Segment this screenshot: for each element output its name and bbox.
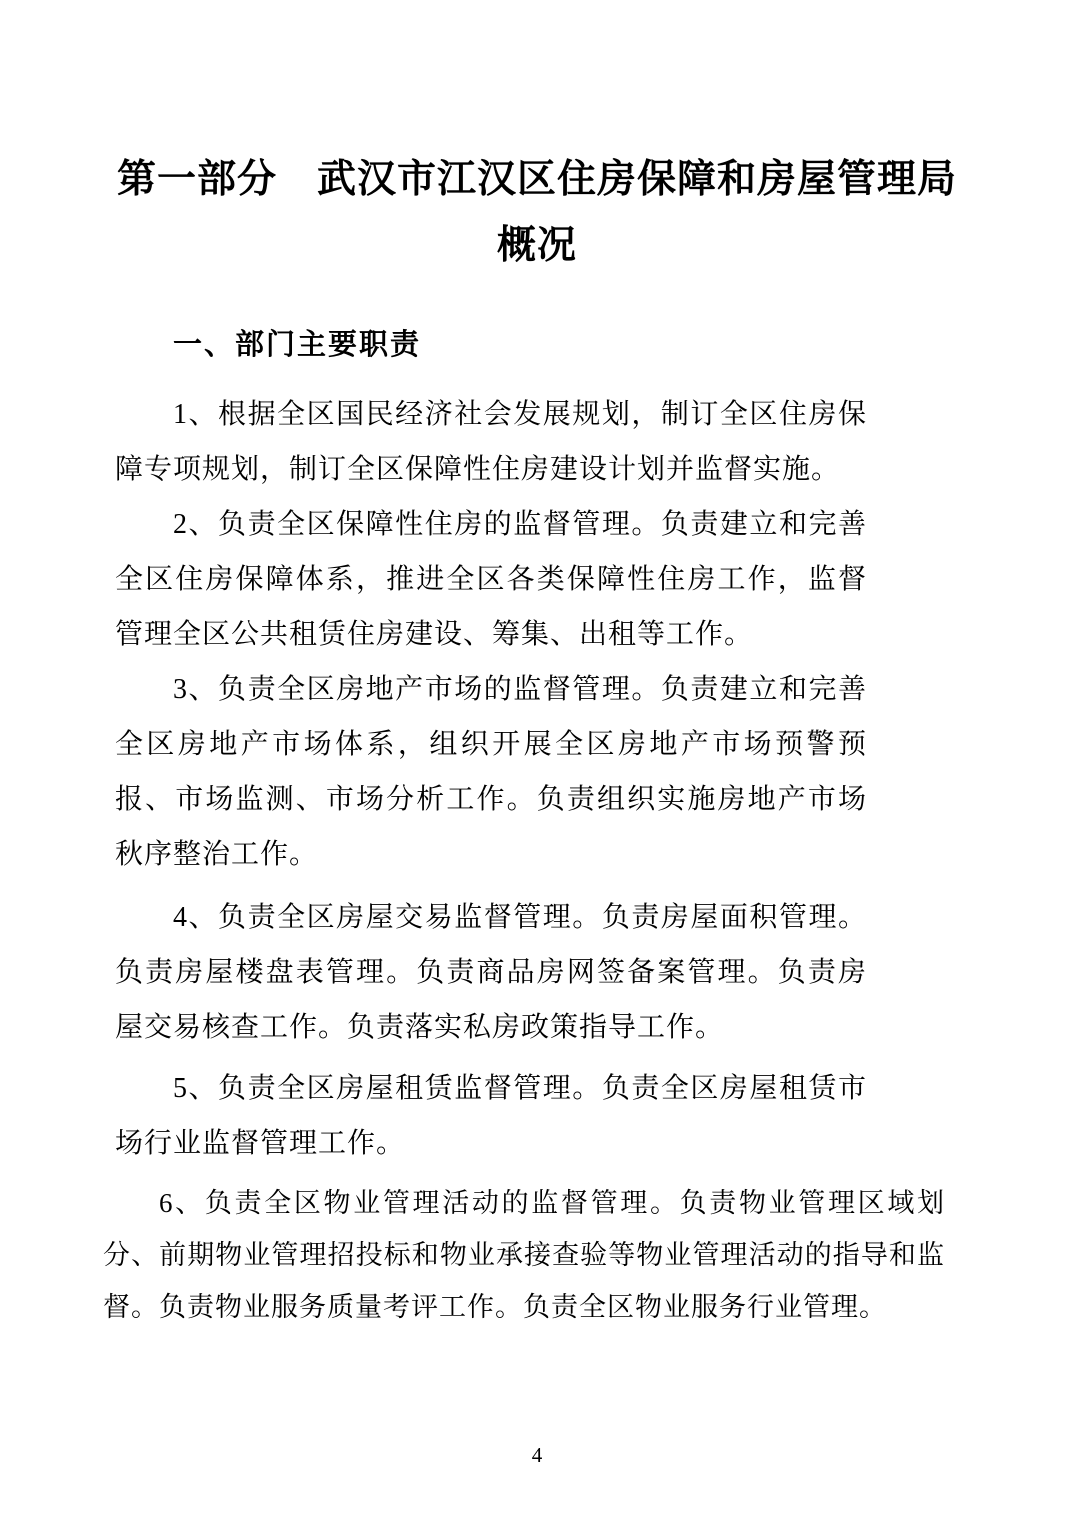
title-line-1: 第一部分 武汉市江汉区住房保障和房屋管理局 bbox=[0, 147, 1074, 213]
paragraph-duty-5: 5、负责全区房屋租赁监督管理。负责全区房屋租赁市场行业监督管理工作。 bbox=[115, 1061, 867, 1171]
page-number: 4 bbox=[0, 1443, 1074, 1468]
document-title: 第一部分 武汉市江汉区住房保障和房屋管理局 概况 bbox=[0, 147, 1074, 279]
paragraph-duty-1: 1、根据全区国民经济社会发展规划，制订全区住房保障专项规划，制订全区保障性住房建… bbox=[115, 387, 867, 497]
paragraph-duty-2: 2、负责全区保障性住房的监督管理。负责建立和完善全区住房保障体系，推进全区各类保… bbox=[115, 497, 867, 662]
title-line-2: 概况 bbox=[0, 213, 1074, 279]
document-page: 第一部分 武汉市江汉区住房保障和房屋管理局 概况 一、部门主要职责 1、根据全区… bbox=[0, 0, 1074, 1520]
paragraph-duty-6: 6、负责全区物业管理活动的监督管理。负责物业管理区域划分、前期物业管理招投标和物… bbox=[103, 1177, 945, 1333]
paragraph-duty-3: 3、负责全区房地产市场的监督管理。负责建立和完善全区房地产市场体系，组织开展全区… bbox=[115, 662, 867, 882]
paragraph-duty-4: 4、负责全区房屋交易监督管理。负责房屋面积管理。负责房屋楼盘表管理。负责商品房网… bbox=[115, 890, 867, 1055]
section-heading-main-duties: 一、部门主要职责 bbox=[173, 325, 1074, 365]
